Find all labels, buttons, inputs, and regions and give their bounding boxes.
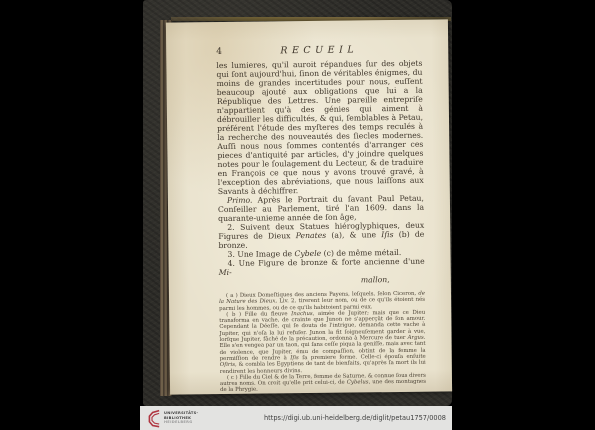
ub-heidelberg-logo-icon [148,409,161,428]
page-header: 4 RECUEIL [216,44,422,57]
footnote-c: ( c ) Fille du Ciel & de la Terre, femme… [220,373,426,394]
footnote-b: ( b ) Fille du fleuve Inachus, aimée de … [219,310,426,375]
list-item-2: 2. Suivent deux Statues hiéroglyphiques,… [218,221,424,250]
list-item-4: 4. Une Figure de bronze & forte ancienne… [219,257,425,277]
attribution-bar: UNIVERSITÄTS- BIBLIOTHEK HEIDELBERG http… [140,406,452,430]
ub-heidelberg-logo: UNIVERSITÄTS- BIBLIOTHEK HEIDELBERG [148,409,198,428]
page-number: 4 [216,47,226,57]
running-title: RECUEIL [226,44,412,57]
scanned-page: 4 RECUEIL les lumieres, qu'il auroit rép… [166,19,452,394]
ub-heidelberg-logo-text: UNIVERSITÄTS- BIBLIOTHEK HEIDELBERG [164,411,198,424]
paragraph-primo: Primo. Après le Portrait du ſavant Paul … [218,194,424,223]
paragraph-1: les lumieres, qu'il auroit répandues ſur… [216,59,424,196]
page-content: 4 RECUEIL les lumieres, qu'il auroit rép… [166,19,452,394]
list-item-4-carry: mallon, [219,275,425,286]
logo-line-3: HEIDELBERG [164,420,198,424]
footnotes: ( a ) Dieux Domeſtiques des anciens Paye… [219,291,426,394]
footnote-a: ( a ) Dieux Domeſtiques des anciens Paye… [219,291,425,312]
screenshot-canvas: 4 RECUEIL les lumieres, qu'il auroit rép… [0,0,595,430]
watermark-url: https://digi.ub.uni-heidelberg.de/diglit… [264,414,446,422]
body-text: les lumieres, qu'il auroit répandues ſur… [216,59,425,286]
